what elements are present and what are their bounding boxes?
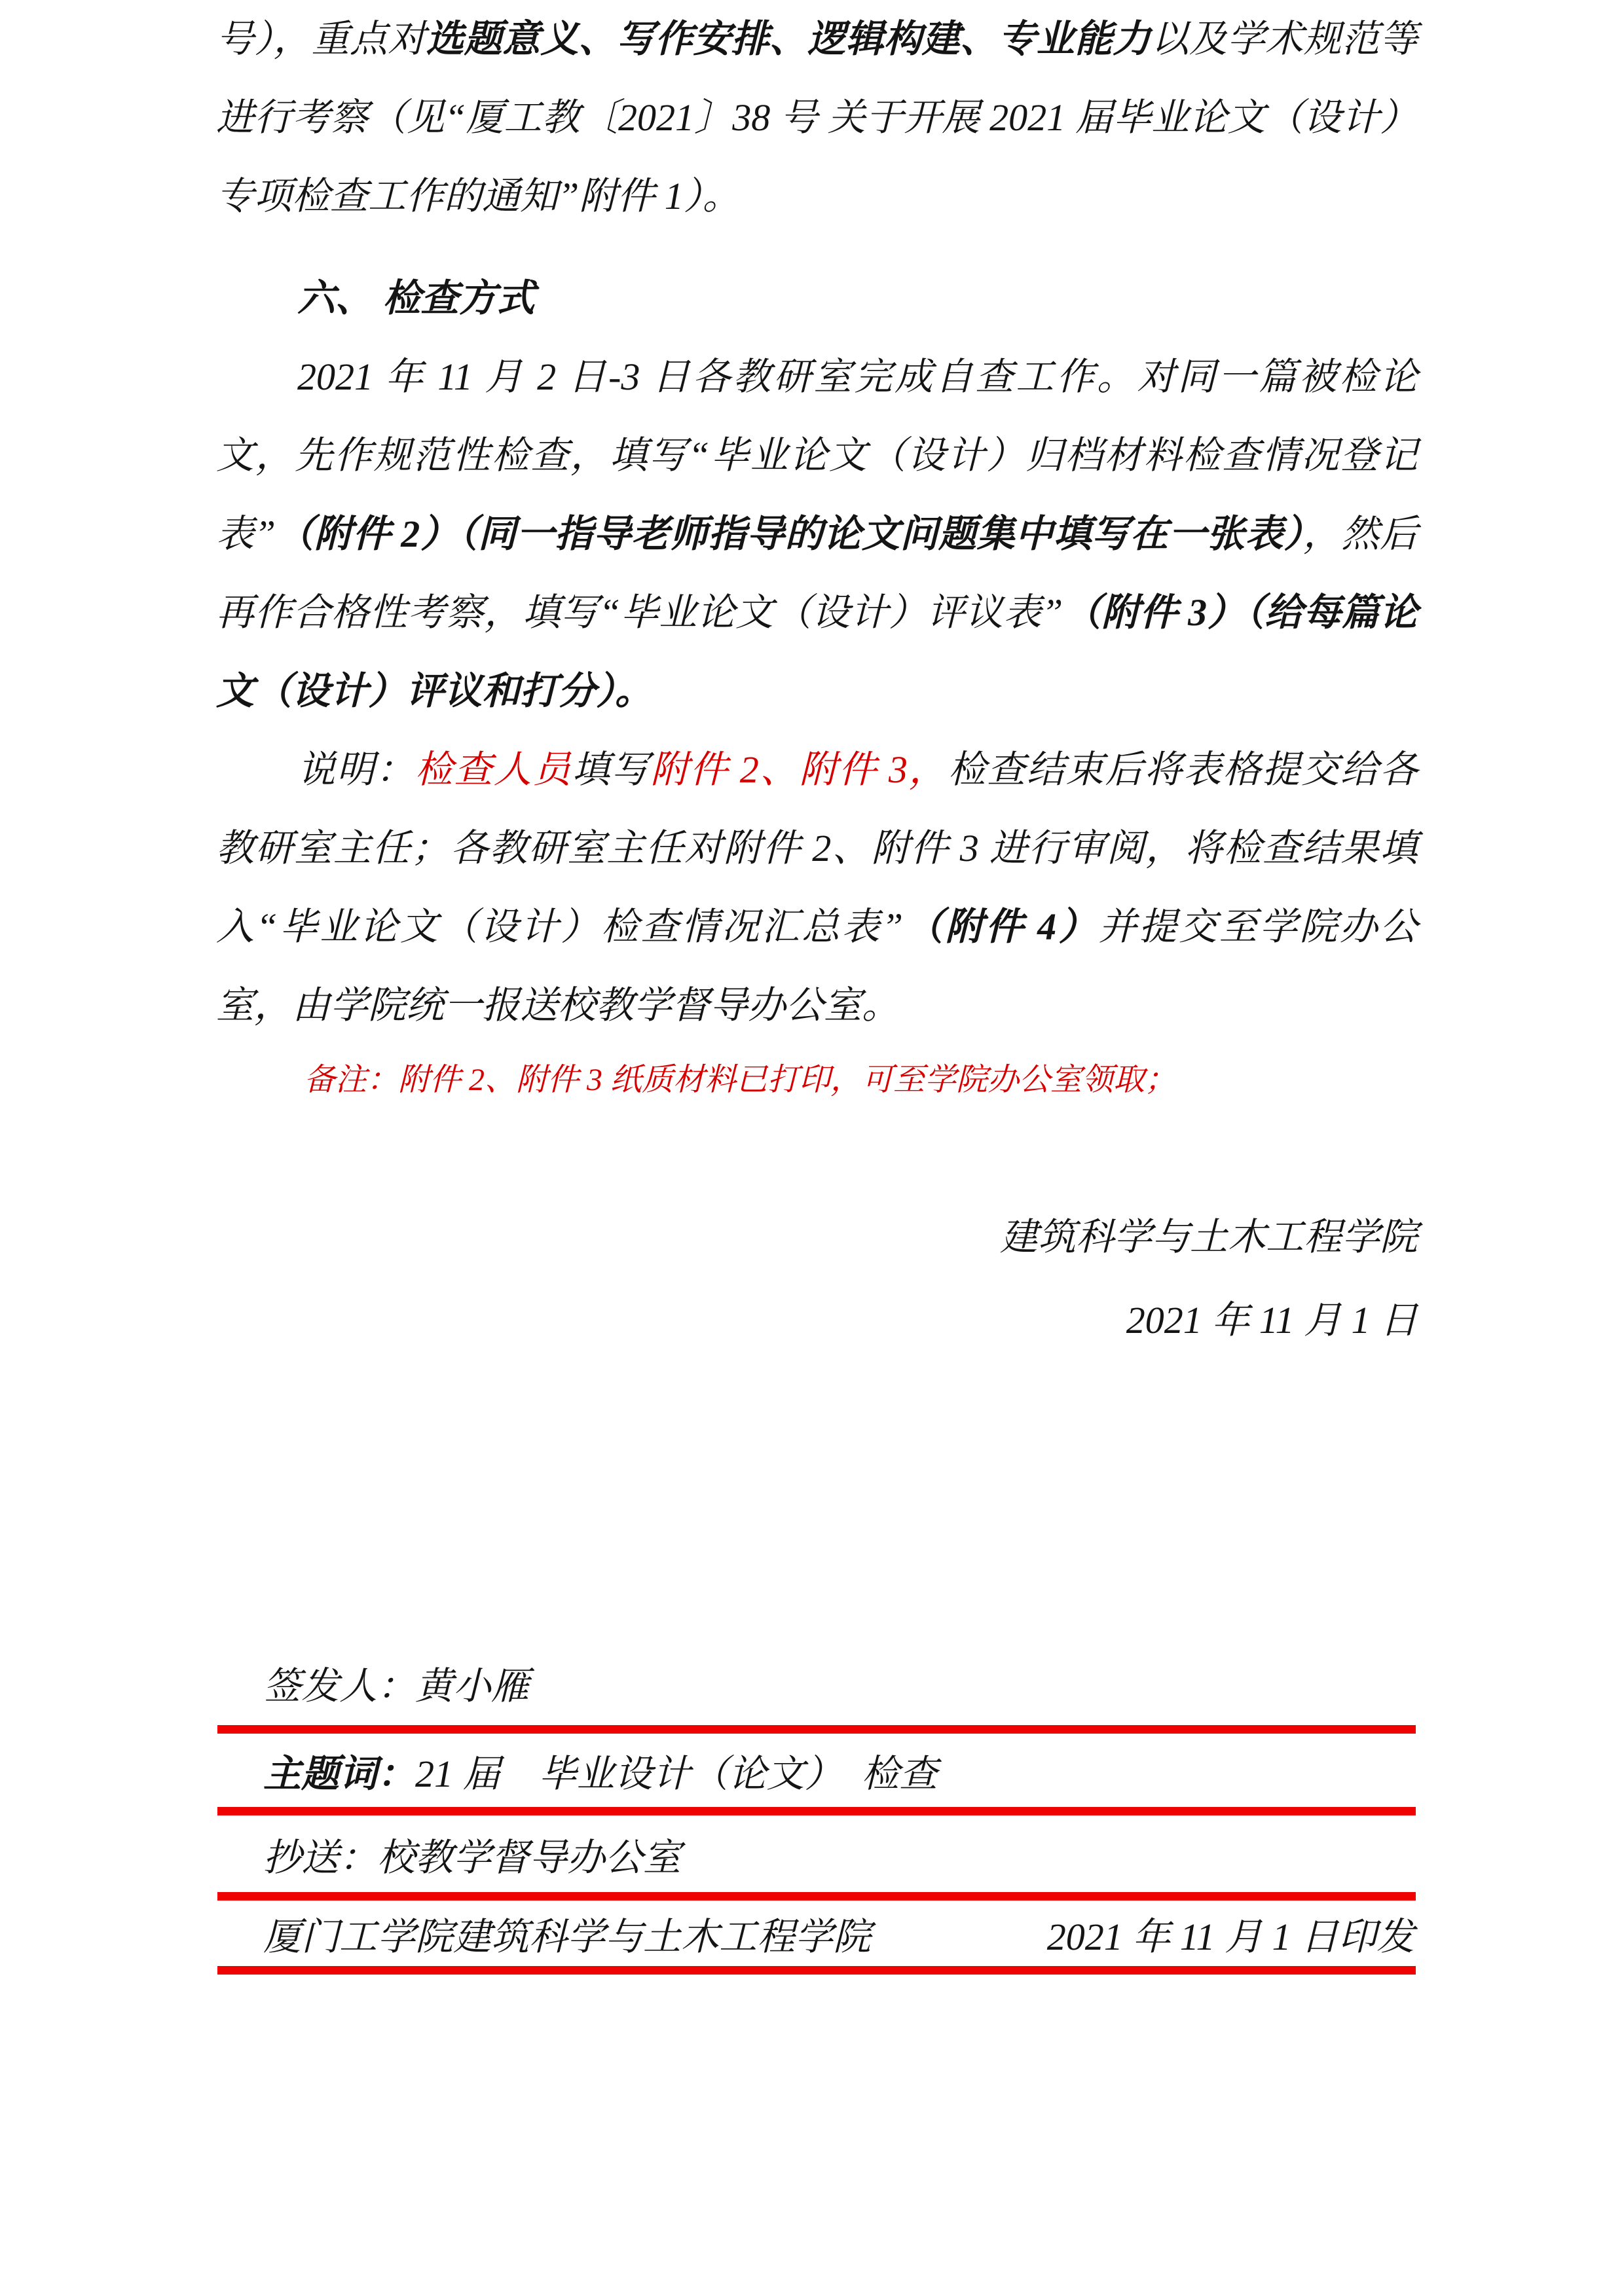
subject-label: 主题词： <box>263 1743 415 1798</box>
document-page: 号），重点对选题意义、写作安排、逻辑构建、专业能力以及学术规范等进行考察（见“厦… <box>0 0 1624 2296</box>
text-run: 说明： <box>297 748 415 791</box>
signature-date: 2021 年 11 月 1 日 <box>216 1277 1418 1364</box>
text-run-red: 附件 2、附件 3， <box>650 748 948 791</box>
text-run: 号），重点对 <box>216 18 426 60</box>
text-run-red: 检查人员 <box>415 748 572 791</box>
red-rule-4 <box>217 1966 1416 1975</box>
colophon-org: 厦门工学院建筑科学与土木工程学院 <box>263 1906 871 1961</box>
issuer-name: 黄小雁 <box>415 1655 529 1710</box>
red-rule-3 <box>217 1892 1416 1901</box>
document-body: 号），重点对选题意义、写作安排、逻辑构建、专业能力以及学术规范等进行考察（见“厦… <box>216 0 1418 1364</box>
red-rule-2 <box>217 1807 1416 1815</box>
issuer-label: 签发人： <box>263 1655 415 1710</box>
subject-row: 主题词：21 届 毕业设计（论文） 检查 <box>217 1734 1416 1807</box>
section-heading: 六、 检查方式 <box>216 259 1418 338</box>
colophon-date: 2021 年 11 月 1 日印发 <box>1047 1906 1414 1961</box>
colophon-row: 厦门工学院建筑科学与土木工程学院2021 年 11 月 1 日印发 <box>217 1901 1416 1966</box>
cc-label: 抄送： <box>263 1827 377 1882</box>
issuer-row: 签发人：黄小雁 <box>217 1640 1416 1725</box>
subject-value: 21 届 毕业设计（论文） 检查 <box>415 1743 938 1798</box>
paragraph-continued: 号），重点对选题意义、写作安排、逻辑构建、专业能力以及学术规范等进行考察（见“厦… <box>216 0 1418 236</box>
text-run-bold: 选题意义、写作安排、逻辑构建、专业能力 <box>426 18 1151 60</box>
paragraph-check-method: 2021 年 11 月 2 日-3 日各教研室完成自查工作。对同一篇被检论文，先… <box>216 338 1418 731</box>
red-rule-1 <box>217 1725 1416 1734</box>
cc-value: 校教学督导办公室 <box>377 1827 681 1882</box>
document-footer: 签发人：黄小雁 主题词：21 届 毕业设计（论文） 检查 抄送：校教学督导办公室… <box>217 1640 1416 1975</box>
remark-note: 备注：附件 2、附件 3 纸质材料已打印，可至学院办公室领取； <box>216 1048 1418 1113</box>
text-run-bold: （附件 2）（同一指导老师指导的论文问题集中填写在一张表） <box>276 513 1303 555</box>
text-run: 填写 <box>572 748 651 791</box>
paragraph-instructions: 说明：检查人员填写附件 2、附件 3，检查结束后将表格提交给各教研室主任；各教研… <box>216 731 1418 1045</box>
cc-row: 抄送：校教学督导办公室 <box>217 1815 1416 1892</box>
text-run-bold: （附件 4） <box>903 905 1099 948</box>
signature-org: 建筑科学与土木工程学院 <box>216 1198 1418 1277</box>
